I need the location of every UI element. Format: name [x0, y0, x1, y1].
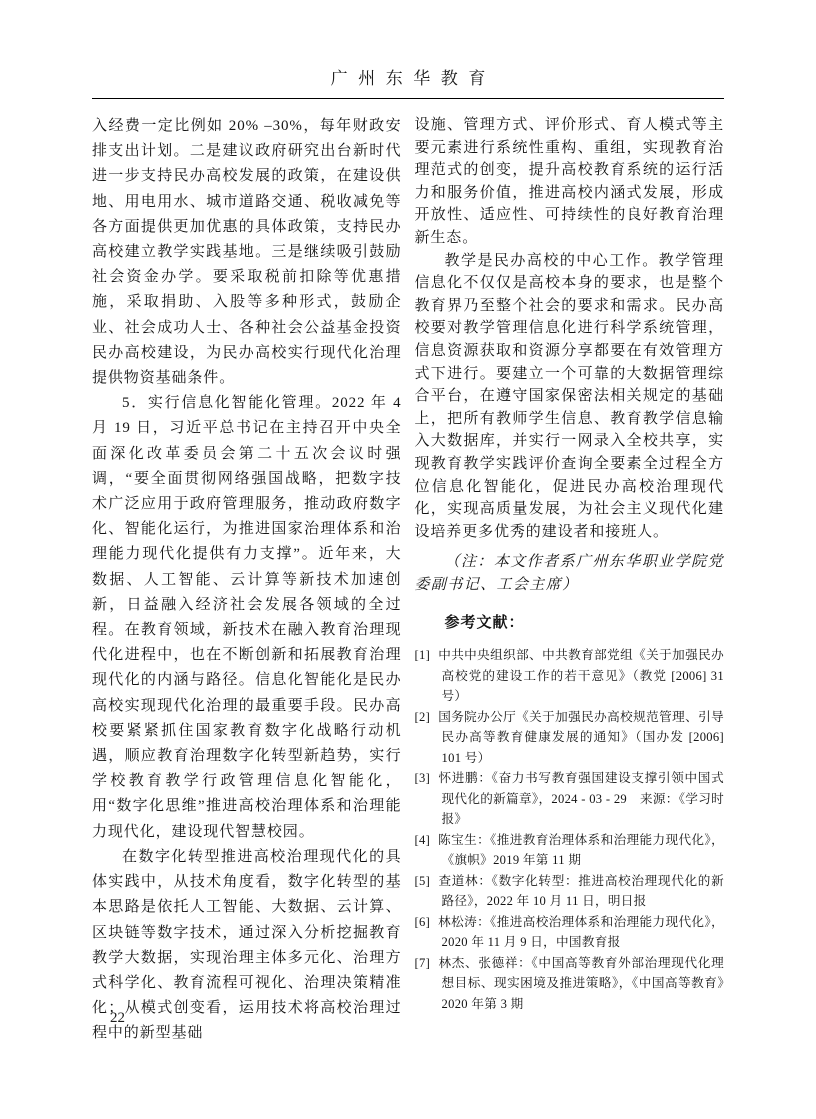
page-number: 22 [110, 1010, 125, 1027]
reference-text: 陈宝生：《推进教育治理体系和治理能力现代化》，《旗帜》2019 年第 11 期 [438, 833, 724, 868]
reference-number: [3] [415, 771, 431, 785]
reference-text: 中共中央组织部、中共教育部党组《关于加强民办高校党的建设工作的若干意见》（教党 … [438, 648, 724, 703]
reference-item: [5]查道林：《数字化转型：推进高校治理现代化的新路径》，2022 年 10 月… [415, 871, 725, 912]
reference-number: [4] [415, 833, 431, 847]
header-divider [92, 98, 724, 99]
references-heading: 参考文献： [415, 611, 725, 632]
references-list: [1]中共中央组织部、中共教育部党组《关于加强民办高校党的建设工作的若干意见》（… [415, 645, 725, 1014]
page-header: 广州东华教育 [0, 0, 816, 99]
reference-text: 国务院办公厅《关于加强民办高校规范管理、引导民办高等教育健康发展的通知》（国办发… [438, 710, 724, 765]
paragraph-digital-transformation: 在数字化转型推进高校治理现代化的具体实践中，从技术角度看，数字化转型的基本思路是… [92, 845, 402, 1047]
reference-item: [4]陈宝生：《推进教育治理体系和治理能力现代化》，《旗帜》2019 年第 11… [415, 830, 725, 871]
reference-text: 林杰、张德祥：《中国高等教育外部治理现代化理想目标、现实困境及推进策略》，《中国… [438, 956, 724, 1011]
reference-number: [6] [415, 915, 431, 929]
paragraph-teaching-informatization: 教学是民办高校的中心工作。教学管理信息化不仅仅是高校本身的要求，也是整个教育界乃… [415, 250, 725, 544]
paragraph-informatization-management: 5．实行信息化智能化管理。2022 年 4 月 19 日，习近平总书记在主持召开… [92, 391, 402, 845]
reference-number: [7] [415, 956, 431, 970]
reference-item: [3]怀进鹏：《奋力书写教育强国建设支撑引领中国式现代化的新篇章》，2024 -… [415, 768, 725, 830]
document-page: 广州东华教育 入经费一定比例如 20% –30%，每年财政安排支出计划。二是建议… [0, 0, 816, 1119]
reference-item: [2]国务院办公厅《关于加强民办高校规范管理、引导民办高等教育健康发展的通知》（… [415, 707, 725, 769]
reference-number: [2] [415, 710, 431, 724]
paragraph-funding-continuation: 入经费一定比例如 20% –30%，每年财政安排支出计划。二是建议政府研究出台新… [92, 114, 402, 391]
reference-text: 查道林：《数字化转型：推进高校治理现代化的新路径》，2022 年 10 月 11… [438, 874, 724, 909]
right-column: 设施、管理方式、评价形式、育人模式等主要元素进行系统性重构、重组，实现教育治理范… [415, 114, 725, 1047]
author-note: （注：本文作者系广州东华职业学院党委副书记、工会主席） [415, 551, 725, 596]
left-column: 入经费一定比例如 20% –30%，每年财政安排支出计划。二是建议政府研究出台新… [92, 114, 402, 1047]
reference-number: [5] [415, 874, 431, 888]
paragraph-governance-ecosystem: 设施、管理方式、评价形式、育人模式等主要元素进行系统性重构、重组，实现教育治理范… [415, 114, 725, 250]
reference-item: [6]林松涛：《推进高校治理体系和治理能力现代化》，2020 年 11 月 9 … [415, 912, 725, 953]
two-column-content: 入经费一定比例如 20% –30%，每年财政安排支出计划。二是建议政府研究出台新… [92, 114, 724, 1047]
reference-text: 林松涛：《推进高校治理体系和治理能力现代化》，2020 年 11 月 9 日，中… [438, 915, 724, 950]
journal-title: 广州东华教育 [0, 64, 816, 89]
reference-text: 怀进鹏：《奋力书写教育强国建设支撑引领中国式现代化的新篇章》，2024 - 03… [438, 771, 724, 826]
reference-number: [1] [415, 648, 431, 662]
reference-item: [7]林杰、张德祥：《中国高等教育外部治理现代化理想目标、现实困境及推进策略》，… [415, 953, 725, 1015]
reference-item: [1]中共中央组织部、中共教育部党组《关于加强民办高校党的建设工作的若干意见》（… [415, 645, 725, 707]
